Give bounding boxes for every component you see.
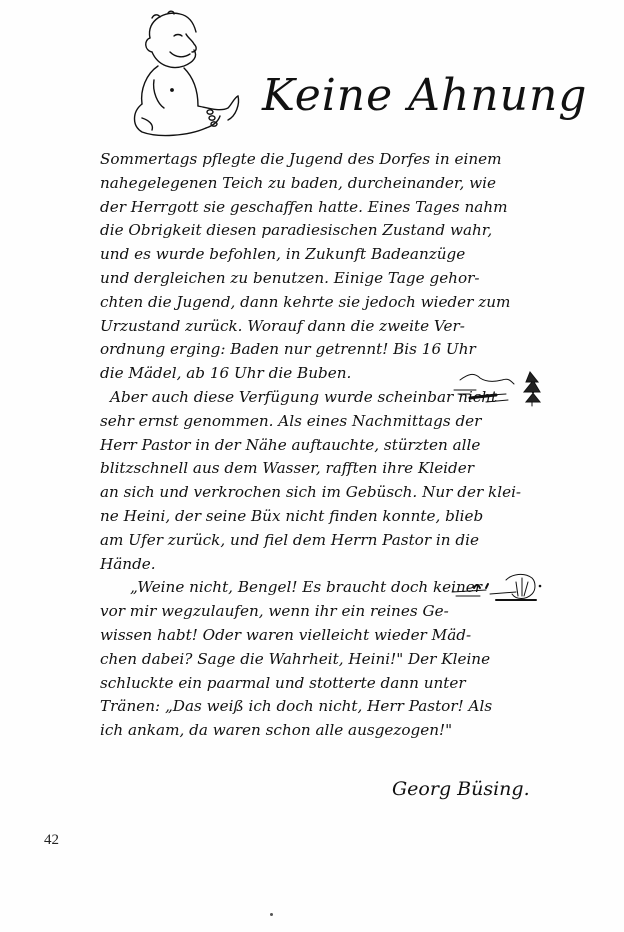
story-text: Sommertags pflegte die Jugend des Dorfes…	[100, 148, 545, 743]
text-line: an sich und verkrochen sich im Gebüsch. …	[100, 481, 545, 505]
text-line: chen dabei? Sage die Wahrheit, Heini!" D…	[100, 648, 545, 672]
page-number: 42	[44, 832, 59, 849]
text-line: wissen habt! Oder waren vielleicht wiede…	[100, 624, 545, 648]
pond-sketch-icon	[446, 572, 546, 608]
text-line: der Herrgott sie geschaffen hatte. Eines…	[100, 196, 545, 220]
baby-illustration-icon	[128, 8, 246, 140]
text-line: nahegelegenen Teich zu baden, durcheinan…	[100, 172, 545, 196]
text-line: ich ankam, da waren schon alle ausgezoge…	[100, 719, 545, 743]
text-line: die Obrigkeit diesen paradiesischen Zust…	[100, 219, 545, 243]
text-line: chten die Jugend, dann kehrte sie jedoch…	[100, 291, 545, 315]
paragraph-1: Sommertags pflegte die Jugend des Dorfes…	[100, 148, 545, 386]
text-line: Urzustand zurück. Worauf dann die zweite…	[100, 315, 545, 339]
landscape-sketch-icon	[446, 368, 546, 408]
book-page: Keine Ahnung Sommertags pflegte die Juge…	[0, 0, 624, 932]
text-line: schluckte ein paarmal und stotterte dann…	[100, 672, 545, 696]
text-line: ordnung erging: Baden nur getrennt! Bis …	[100, 338, 545, 362]
text-line: Tränen: „Das weiß ich doch nicht, Herr P…	[100, 695, 545, 719]
author-signature: Georg Büsing.	[392, 778, 530, 800]
text-line: blitzschnell aus dem Wasser, rafften ihr…	[100, 457, 545, 481]
text-line: Sommertags pflegte die Jugend des Dorfes…	[100, 148, 545, 172]
text-line: am Ufer zurück, und fiel dem Herrn Pasto…	[100, 529, 545, 553]
text-line: und es wurde befohlen, in Zukunft Badean…	[100, 243, 545, 267]
text-line: sehr ernst genommen. Als eines Nachmitta…	[100, 410, 545, 434]
print-speck	[270, 913, 273, 916]
paragraph-2: Aber auch diese Verfügung wurde scheinba…	[100, 386, 545, 576]
text-line: ne Heini, der seine Büx nicht finden kon…	[100, 505, 545, 529]
page-title: Keine Ahnung	[262, 70, 587, 121]
text-line: und dergleichen zu benutzen. Einige Tage…	[100, 267, 545, 291]
text-line: Herr Pastor in der Nähe auftauchte, stür…	[100, 434, 545, 458]
